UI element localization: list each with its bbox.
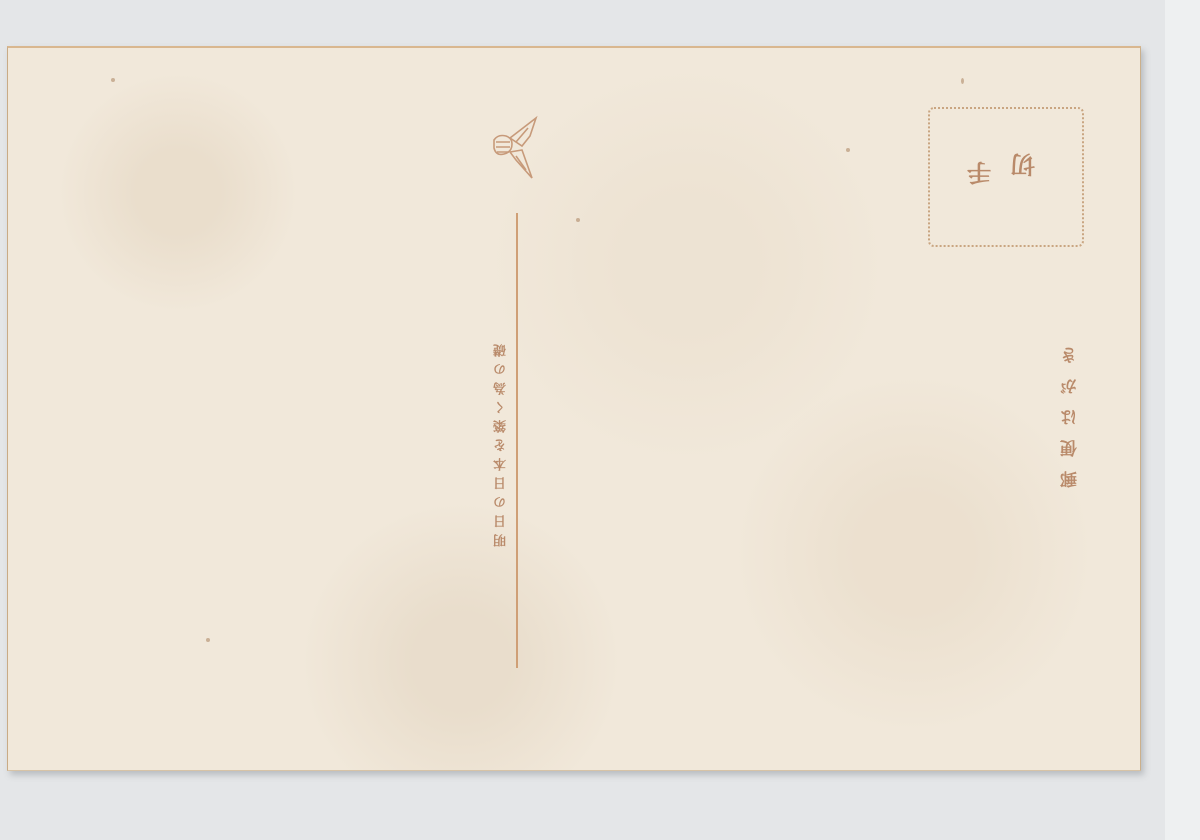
stain-speck — [576, 218, 580, 222]
stain-speck — [206, 638, 210, 642]
postcard-header-text: 郵便はがき — [1058, 333, 1083, 488]
scanner-margin — [1165, 0, 1200, 840]
stamp-label-char: 切 — [1008, 149, 1038, 184]
winged-crown-emblem-icon — [486, 112, 542, 184]
stamp-label-char: 手 — [964, 157, 994, 192]
stamp-placement-box: 切 手 — [928, 107, 1084, 247]
caption-text: 明日の日本を築く為の礎 — [492, 338, 511, 547]
stain-speck — [111, 78, 115, 82]
address-divider-line — [516, 213, 518, 668]
postcard-back: 切 手 郵便はがき 明日の日本を築く為の礎 — [7, 46, 1141, 771]
stain-speck — [961, 78, 964, 84]
stain-speck — [846, 148, 850, 152]
